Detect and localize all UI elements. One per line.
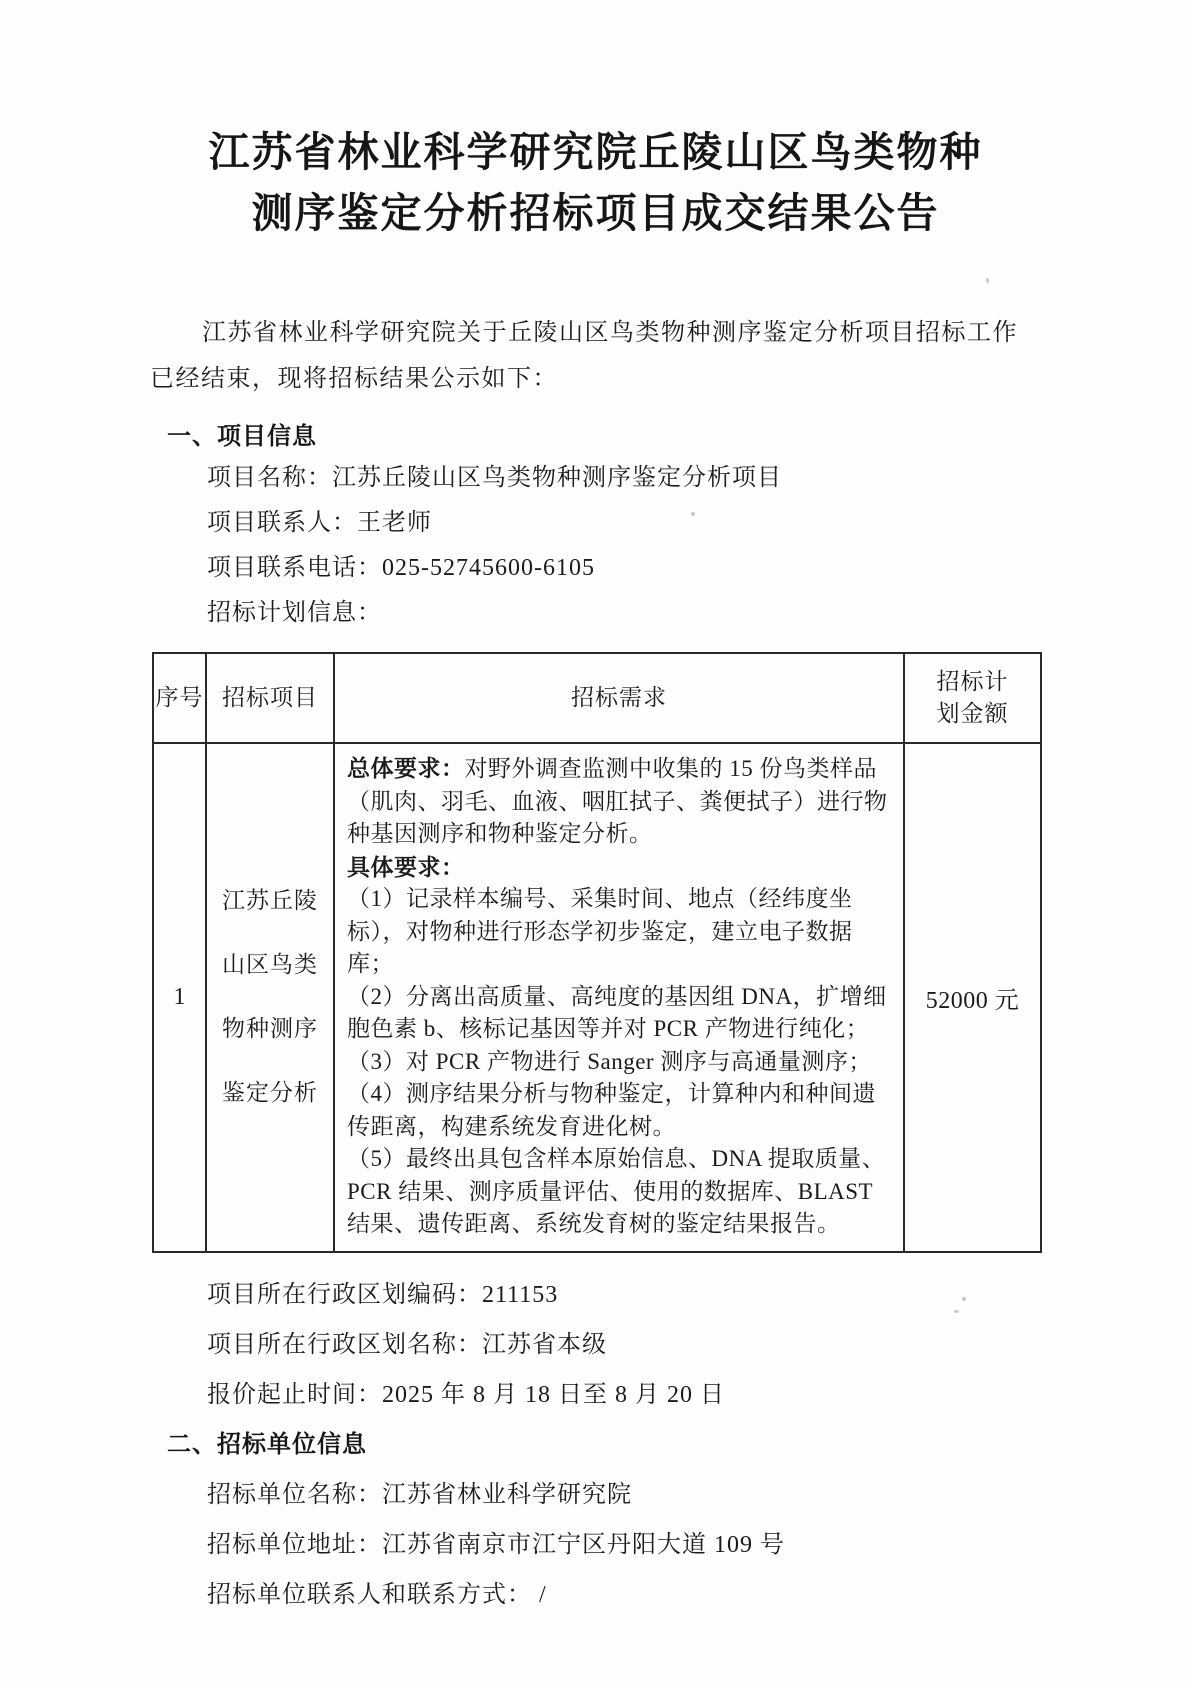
intro-line-1: 江苏省林业科学研究院关于丘陵山区鸟类物种测序鉴定分析项目招标工作 [150,310,1041,356]
document-content: 江苏省林业科学研究院丘陵山区鸟类物种 测序鉴定分析招标项目成交结果公告 江苏省林… [150,0,1041,1620]
requirement-detail-4: （4）测序结果分析与物种鉴定，计算种内和种间遗传距离，构建系统发育进化树。 [347,1078,891,1143]
plan-info-label: 招标计划信息： [207,591,1041,636]
cell-bid-project: 江苏丘陵山区鸟类物种测序鉴定分析 [206,743,334,1252]
intro-line-2: 已经结束，现将招标结果公示如下： [150,356,1041,402]
cell-plan-amount: 52000 元 [904,743,1041,1252]
table-row: 1 江苏丘陵山区鸟类物种测序鉴定分析 总体要求：对野外调查监测中收集的 15 份… [153,743,1041,1252]
project-phone-line: 项目联系电话：025-52745600-6105 [207,546,1041,591]
intro-paragraph: 江苏省林业科学研究院关于丘陵山区鸟类物种测序鉴定分析项目招标工作 已经结束，现将… [150,310,1041,402]
project-contact-line: 项目联系人：王老师 [207,501,1041,546]
document-title: 江苏省林业科学研究院丘陵山区鸟类物种 测序鉴定分析招标项目成交结果公告 [150,122,1041,244]
detail-requirement-label: 具体要求： [347,851,891,884]
scan-artifact [962,1297,966,1301]
requirement-detail-3: （3）对 PCR 产物进行 Sanger 测序与高通量测序； [347,1046,891,1079]
header-plan-amount: 招标计划金额 [904,653,1041,743]
table-header-row: 序号 招标项目 招标需求 招标计划金额 [153,653,1041,743]
overall-requirement-label: 总体要求： [347,755,465,781]
org-contact-line: 招标单位联系人和联系方式： / [207,1570,1041,1620]
section-2-heading: 二、招标单位信息 [167,1420,1041,1470]
requirement-detail-5: （5）最终出具包含样本原始信息、DNA 提取质量、PCR 结果、测序质量评估、使… [347,1143,891,1241]
header-bid-requirement: 招标需求 [334,653,904,743]
admin-name-line: 项目所在行政区划名称：江苏省本级 [207,1320,1041,1370]
document-title-line-1: 江苏省林业科学研究院丘陵山区鸟类物种 [150,122,1041,183]
bid-plan-table: 序号 招标项目 招标需求 招标计划金额 1 江苏丘陵山区鸟类物种测序鉴定分析 总… [152,652,1042,1253]
header-serial-number: 序号 [153,653,206,743]
project-name-line: 项目名称：江苏丘陵山区鸟类物种测序鉴定分析项目 [207,456,1041,501]
scanned-document-page: 江苏省林业科学研究院丘陵山区鸟类物种 测序鉴定分析招标项目成交结果公告 江苏省林… [0,0,1191,1685]
scan-artifact [986,278,989,283]
requirement-detail-1: （1）记录样本编号、采集时间、地点（经纬度坐标），对物种进行形态学初步鉴定，建立… [347,883,891,981]
header-bid-project: 招标项目 [206,653,334,743]
requirement-overall: 总体要求：对野外调查监测中收集的 15 份鸟类样品（肌肉、羽毛、血液、咽肛拭子、… [347,752,891,851]
post-table-info: 项目所在行政区划编码：211153 项目所在行政区划名称：江苏省本级 报价起止时… [150,1270,1041,1620]
org-address-line: 招标单位地址：江苏省南京市江宁区丹阳大道 109 号 [207,1520,1041,1570]
document-title-line-2: 测序鉴定分析招标项目成交结果公告 [150,183,1041,244]
admin-code-line: 项目所在行政区划编码：211153 [207,1270,1041,1320]
scan-artifact [691,512,695,516]
section-1-heading: 一、项目信息 [167,418,1041,456]
cell-serial-number: 1 [153,743,206,1252]
cell-bid-requirement: 总体要求：对野外调查监测中收集的 15 份鸟类样品（肌肉、羽毛、血液、咽肛拭子、… [334,743,904,1252]
org-name-line: 招标单位名称：江苏省林业科学研究院 [207,1470,1041,1520]
requirement-detail-2: （2）分离出高质量、高纯度的基因组 DNA，扩增细胞色素 b、核标记基因等并对 … [347,981,891,1046]
quote-period-line: 报价起止时间：2025 年 8 月 18 日至 8 月 20 日 [207,1370,1041,1420]
scan-artifact [954,1310,959,1313]
